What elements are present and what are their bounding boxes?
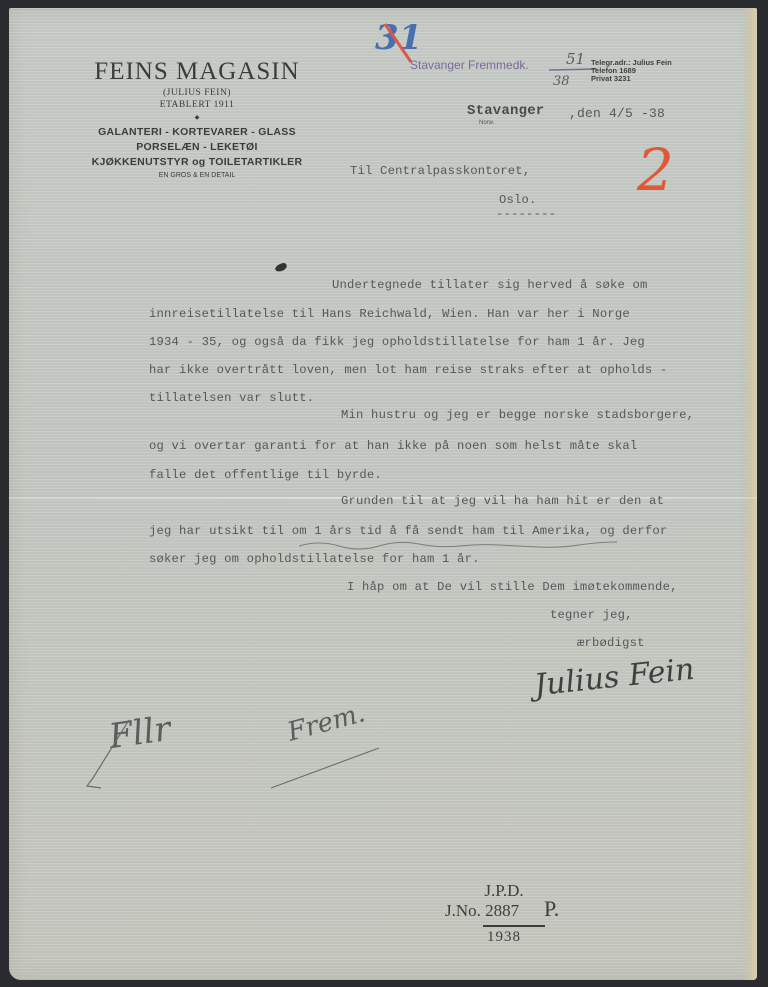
body-line-3: 1934 - 35, og også da fikk jeg opholdsti…	[149, 335, 645, 349]
red-handwritten-number: 2	[637, 136, 674, 204]
body-line-7: og vi overtar garanti for at han ikke på…	[149, 439, 637, 453]
company-line-1: GALANTERI - KORTEVARER - GLASS	[67, 126, 327, 138]
place-city: Stavanger	[467, 103, 544, 119]
purple-stamp: Stavanger Fremmedk.	[410, 58, 529, 72]
company-line-3: KJØKKENUTSTYR og TOILETARTIKLER	[67, 156, 327, 168]
jpd-stamp-year: 1938	[487, 929, 521, 946]
jpd-stamp-title: J.P.D.	[464, 881, 544, 901]
body-line-10: jeg har utsikt til om 1 års tid å få sen…	[149, 524, 667, 538]
company-established: ETABLERT 1911	[67, 100, 327, 110]
letter-page: FEINS MAGASIN (JULIUS FEIN) ETABLERT 191…	[9, 8, 757, 980]
ornament-icon: ◆	[67, 114, 327, 121]
body-line-6: Min hustru og jeg er begge norske stadsb…	[341, 408, 694, 422]
paper-edge	[743, 8, 757, 980]
recipient-line-1: Til Centralpasskontoret,	[350, 164, 530, 178]
ref-number-bottom: 38	[553, 74, 570, 89]
recipient-line-2: Oslo.	[499, 193, 537, 207]
company-line-4: EN GROS & EN DETAIL	[67, 172, 327, 179]
pencil-strokes	[79, 708, 399, 798]
body-line-1: Undertegnede tillater sig herved å søke …	[332, 278, 648, 292]
letter-date: ,den 4/5 -38	[569, 106, 665, 121]
body-line-8: falle det offentlige til byrde.	[149, 468, 382, 482]
body-line-5: tillatelsen var slutt.	[149, 391, 314, 405]
body-line-2: innreisetillatelse til Hans Reichwald, W…	[149, 307, 630, 321]
private-phone: Privat 3231	[591, 75, 631, 83]
place-country: Norw.	[479, 120, 494, 126]
closing-salutation: ærbødigst	[577, 636, 645, 650]
body-line-12: I håp om at De vil stille Dem imøtekomme…	[347, 580, 678, 594]
jpd-stamp-number: J.No. 2887	[445, 901, 519, 921]
company-owner: (JULIUS FEIN)	[67, 88, 327, 98]
company-name: FEINS MAGASIN	[67, 58, 327, 86]
body-line-9: Grunden til at jeg vil ha ham hit er den…	[341, 494, 664, 508]
company-line-2: PORSELÆN - LEKETØI	[67, 141, 327, 153]
jpd-stamp-rule	[483, 925, 545, 927]
body-line-11: søker jeg om opholdstillatelse for ham 1…	[149, 552, 480, 566]
body-line-4: har ikke overtrått loven, men lot ham re…	[149, 363, 667, 377]
signature: Julius Fein	[533, 652, 696, 704]
recipient-underline: --------	[496, 207, 556, 221]
ink-blot	[274, 262, 288, 273]
jpd-stamp-letter: P.	[544, 896, 559, 922]
closing-line: tegner jeg,	[550, 608, 633, 622]
